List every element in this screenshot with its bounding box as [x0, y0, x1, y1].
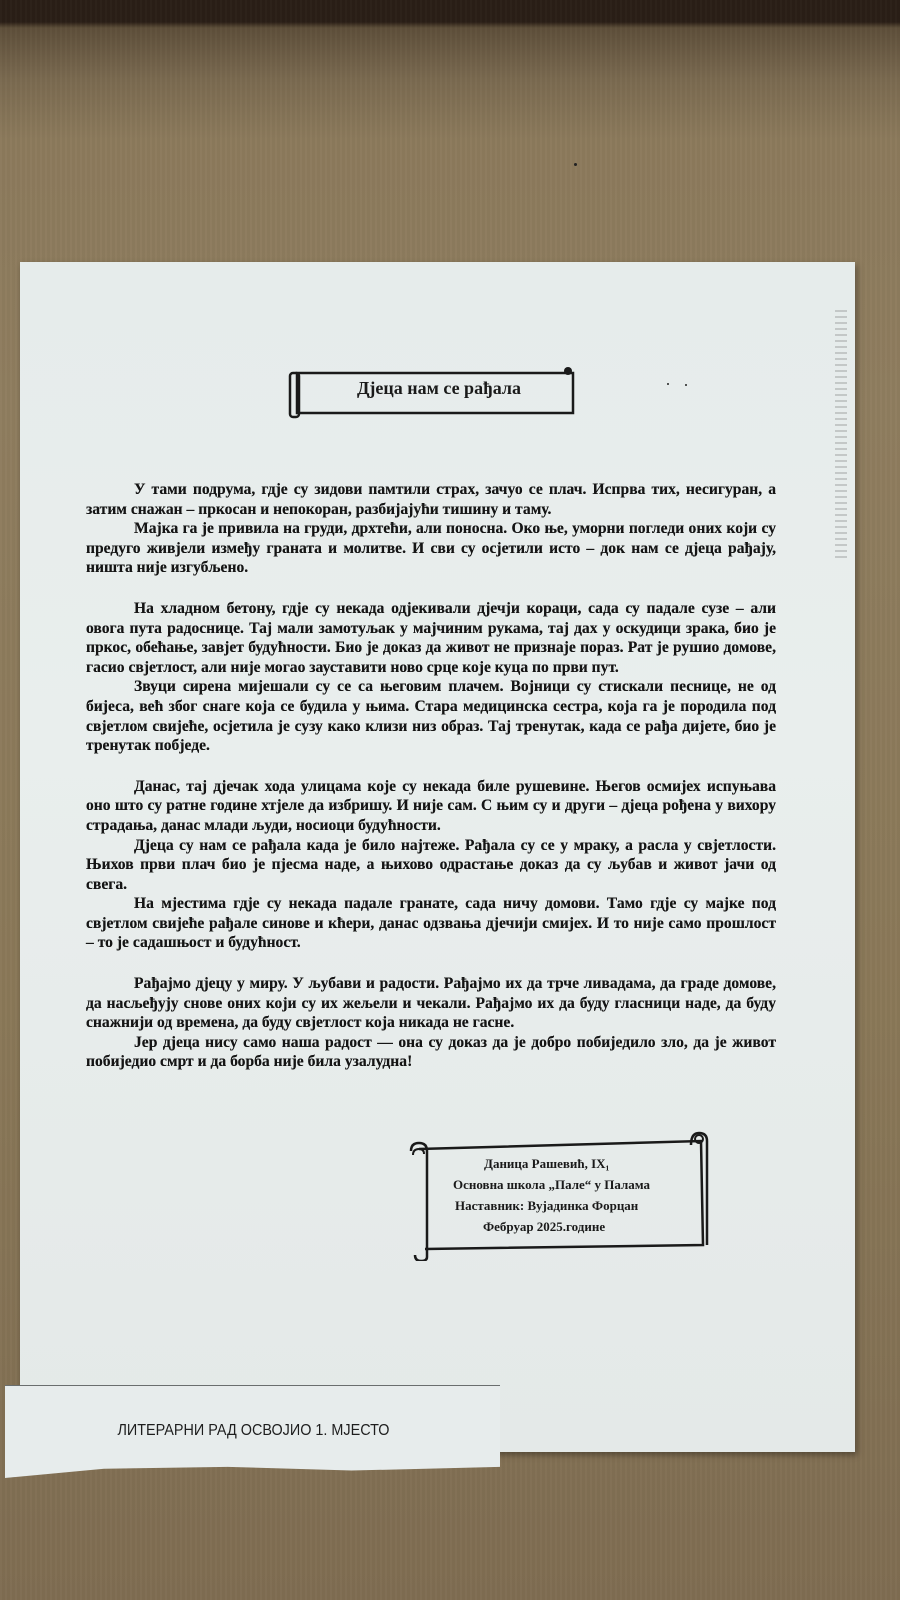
teacher-name: Наставник: Вујадинка Форцан [401, 1195, 711, 1216]
dust-speck [667, 383, 669, 385]
paragraph: У тами подрума, гдје су зидови памтили с… [86, 480, 776, 519]
paragraph-spacer [86, 578, 776, 599]
dust-speck [574, 163, 577, 166]
paragraph: Дјеца су нам се рађала када је било најт… [86, 836, 776, 895]
dust-speck [685, 384, 687, 386]
signature-banner: Даница Рашевић, IX₁ Основна школа „Пале“… [401, 1123, 711, 1261]
paragraph-spacer [86, 953, 776, 974]
document-title: Дјеца нам се рађала [287, 378, 577, 399]
torn-paper-edge [835, 310, 847, 560]
paragraph: На хладном бетону, гдје су некада одјеки… [86, 599, 776, 677]
school-name: Основна школа „Пале“ у Палама [401, 1174, 711, 1195]
author-name: Даница Рашевић, IX₁ [401, 1153, 711, 1174]
title-banner: Дјеца нам се рађала [287, 365, 577, 419]
paragraph: Мајка га је привила на груди, дрхтећи, а… [86, 519, 776, 578]
document-body: У тами подрума, гдје су зидови памтили с… [86, 480, 776, 1072]
document-date: Фебруар 2025.године [401, 1216, 711, 1237]
paragraph: На мјестима гдје су некада падале гранат… [86, 894, 776, 953]
paragraph: Рађајмо дјецу у миру. У љубави и радости… [86, 974, 776, 1033]
award-label-strip: ЛИТЕРАРНИ РАД ОСВОЈИО 1. МЈЕСТО [5, 1385, 500, 1478]
award-label: ЛИТЕРАРНИ РАД ОСВОЈИО 1. МЈЕСТО [31, 1422, 477, 1440]
paragraph: Данас, тај дјечак хода улицама које су н… [86, 777, 776, 836]
paragraph: Јер дјеца нису само наша радост — она су… [86, 1033, 776, 1072]
paragraph-spacer [86, 756, 776, 777]
paragraph: Звуци сирена мијешали су се са његовим п… [86, 677, 776, 755]
